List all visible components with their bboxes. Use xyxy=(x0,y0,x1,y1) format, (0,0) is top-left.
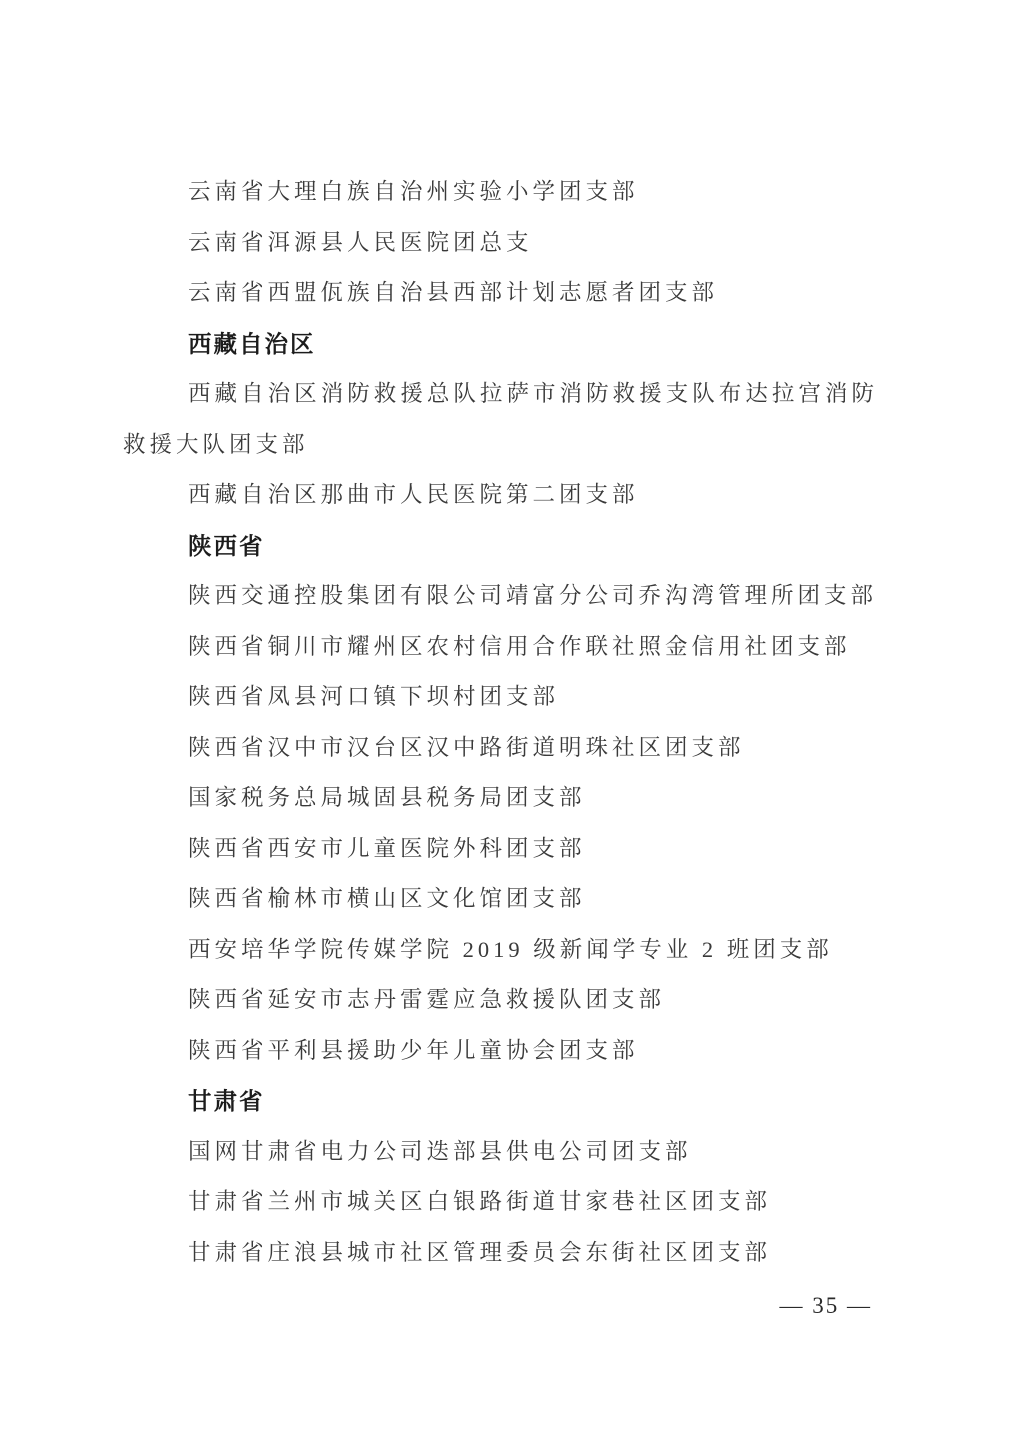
section-header: 西藏自治区 xyxy=(123,319,878,370)
list-item: 陕西省西安市儿童医院外科团支部 xyxy=(123,824,878,875)
list-item: 甘肃省庄浪县城市社区管理委员会东街社区团支部 xyxy=(123,1228,878,1279)
list-item: 云南省洱源县人民医院团总支 xyxy=(123,218,878,269)
document-page: 云南省大理白族自治州实验小学团支部云南省洱源县人民医院团总支云南省西盟佤族自治县… xyxy=(0,0,1024,1447)
list-item: 云南省大理白族自治州实验小学团支部 xyxy=(123,167,878,218)
list-item: 陕西交通控股集团有限公司靖富分公司乔沟湾管理所团支部 xyxy=(123,571,878,622)
list-item: 西藏自治区那曲市人民医院第二团支部 xyxy=(123,470,878,521)
list-item: 云南省西盟佤族自治县西部计划志愿者团支部 xyxy=(123,268,878,319)
list-item: 陕西省延安市志丹雷霆应急救援队团支部 xyxy=(123,975,878,1026)
document-body: 云南省大理白族自治州实验小学团支部云南省洱源县人民医院团总支云南省西盟佤族自治县… xyxy=(123,167,878,1278)
list-item: 西藏自治区消防救援总队拉萨市消防救援支队布达拉宫消防救援大队团支部 xyxy=(123,369,878,470)
list-item: 陕西省汉中市汉台区汉中路街道明珠社区团支部 xyxy=(123,723,878,774)
list-item: 西安培华学院传媒学院 2019 级新闻学专业 2 班团支部 xyxy=(123,925,878,976)
list-item: 陕西省铜川市耀州区农村信用合作联社照金信用社团支部 xyxy=(123,622,878,673)
list-item: 国家税务总局城固县税务局团支部 xyxy=(123,773,878,824)
section-header: 陕西省 xyxy=(123,521,878,572)
list-item: 陕西省凤县河口镇下坝村团支部 xyxy=(123,672,878,723)
list-item: 陕西省平利县援助少年儿童协会团支部 xyxy=(123,1026,878,1077)
list-item: 陕西省榆林市横山区文化馆团支部 xyxy=(123,874,878,925)
list-item: 甘肃省兰州市城关区白银路街道甘家巷社区团支部 xyxy=(123,1177,878,1228)
page-number: — 35 — xyxy=(780,1291,873,1321)
section-header: 甘肃省 xyxy=(123,1076,878,1127)
list-item: 国网甘肃省电力公司迭部县供电公司团支部 xyxy=(123,1127,878,1178)
